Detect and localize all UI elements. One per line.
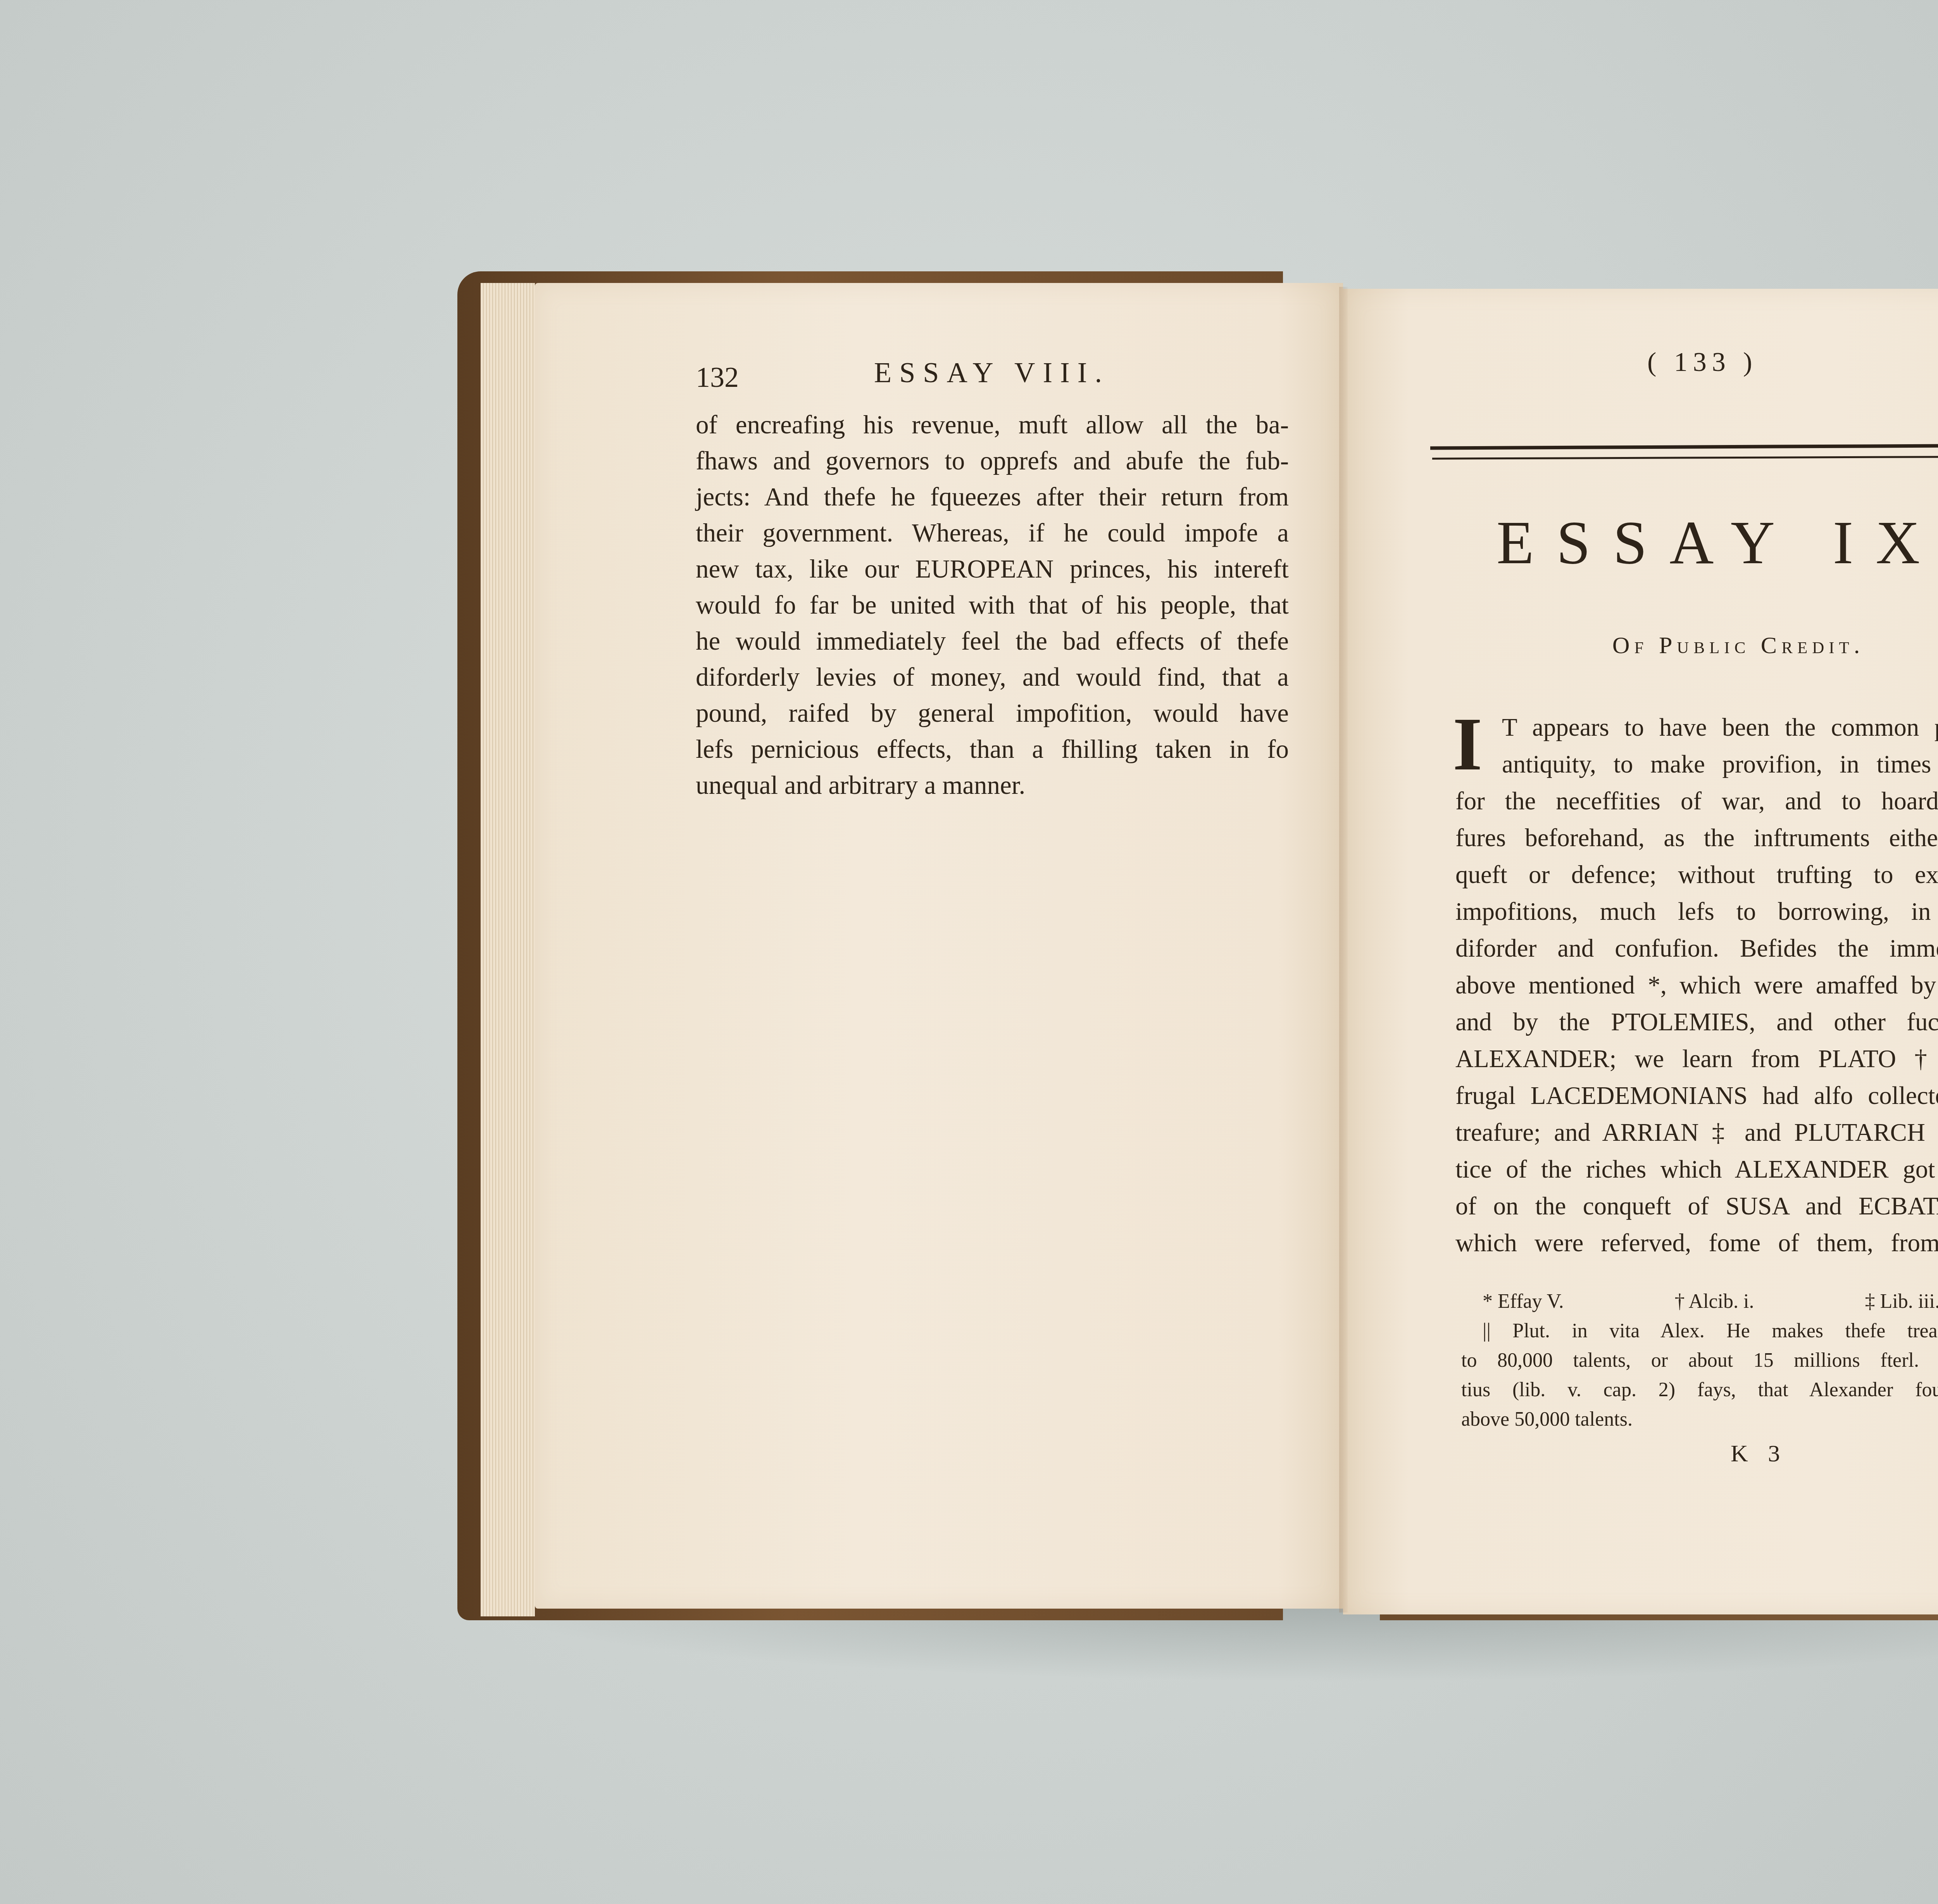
text-line: new tax, like our EUROPEAN princes, his … — [696, 551, 1289, 587]
book-gutter — [1339, 287, 1348, 1613]
text-line: unequal and arbitrary a manner. — [696, 767, 1289, 804]
text-line: antiquity, to make provifion, in times o… — [1455, 746, 1938, 783]
text-line: fhaws and governors to opprefs and abufe… — [696, 443, 1289, 479]
text-line: which were referved, fome of them, from … — [1455, 1225, 1938, 1262]
left-running-title: ESSAY VIII. — [874, 357, 1110, 390]
text-line: for the neceffities of war, and to hoard… — [1455, 783, 1938, 820]
text-line: queft or defence; without trufting to ex… — [1455, 857, 1938, 893]
footnotes: * Effay V. † Alcib. i. ‡ Lib. iii. || Pl… — [1461, 1287, 1938, 1434]
text-line: above mentioned *, which were amaffed by… — [1455, 967, 1938, 1004]
footnote-line: || Plut. in vita Alex. He makes thefe tr… — [1461, 1316, 1938, 1346]
text-line: jects: And thefe he fqueezes after their… — [696, 479, 1289, 515]
right-page-number: ( 133 ) — [1647, 347, 1758, 378]
essay-title: ESSAY IX. — [1434, 508, 1938, 578]
left-body-text: of encreafing his revenue, muft allow al… — [696, 407, 1289, 804]
essay-subtitle: Of Public Credit. — [1434, 632, 1938, 659]
footnote-row: * Effay V. † Alcib. i. ‡ Lib. iii. — [1483, 1287, 1938, 1316]
right-body-text: T appears to have been the common practi… — [1455, 709, 1938, 1262]
text-line: of encreafing his revenue, muft allow al… — [696, 407, 1289, 443]
text-line: diforderly levies of money, and would fi… — [696, 659, 1289, 695]
left-page-number: 132 — [696, 361, 739, 394]
text-line: lefs pernicious effects, than a fhilling… — [696, 731, 1289, 767]
text-line: T appears to have been the common practi… — [1455, 709, 1938, 746]
signature-mark: K 3 — [1731, 1440, 1787, 1468]
footnote-lib-iii: ‡ Lib. iii. — [1865, 1287, 1938, 1316]
text-line: frugal LACEDEMONIANS had alfo collected … — [1455, 1078, 1938, 1114]
left-running-head: 132 ESSAY VIII. — [696, 357, 1289, 399]
text-line: impofitions, much lefs to borrowing, in … — [1455, 893, 1938, 930]
text-line: tice of the riches which ALEXANDER got p… — [1455, 1151, 1938, 1188]
footnote-line: above 50,000 talents. — [1461, 1405, 1938, 1434]
text-line: of on the conqueft of SUSA and ECBATANA,… — [1455, 1188, 1938, 1225]
text-line: he would immediately feel the bad effect… — [696, 623, 1289, 659]
text-line: diforder and confufion. Befides the imme… — [1455, 930, 1938, 967]
text-line: fures beforehand, as the inftruments eit… — [1455, 820, 1938, 857]
text-line: ALEXANDER; we learn from PLATO †, that t… — [1455, 1041, 1938, 1078]
text-line: pound, raifed by general impofition, wou… — [696, 695, 1289, 731]
left-page-edges — [481, 283, 535, 1616]
text-line: and by the PTOLEMIES, and other fucceffo… — [1455, 1004, 1938, 1041]
footnote-line: to 80,000 talents, or about 15 millions … — [1461, 1346, 1938, 1375]
text-line: would fo far be united with that of his … — [696, 587, 1289, 623]
text-line: their government. Whereas, if he could i… — [696, 515, 1289, 551]
text-line: treafure; and ARRIAN ‡ and PLUTARCH || t… — [1455, 1114, 1938, 1151]
footnote-line: tius (lib. v. cap. 2) fays, that Alexand… — [1461, 1375, 1938, 1405]
footnote-essay-v: * Effay V. — [1483, 1287, 1564, 1316]
footnote-alcib: † Alcib. i. — [1674, 1287, 1754, 1316]
